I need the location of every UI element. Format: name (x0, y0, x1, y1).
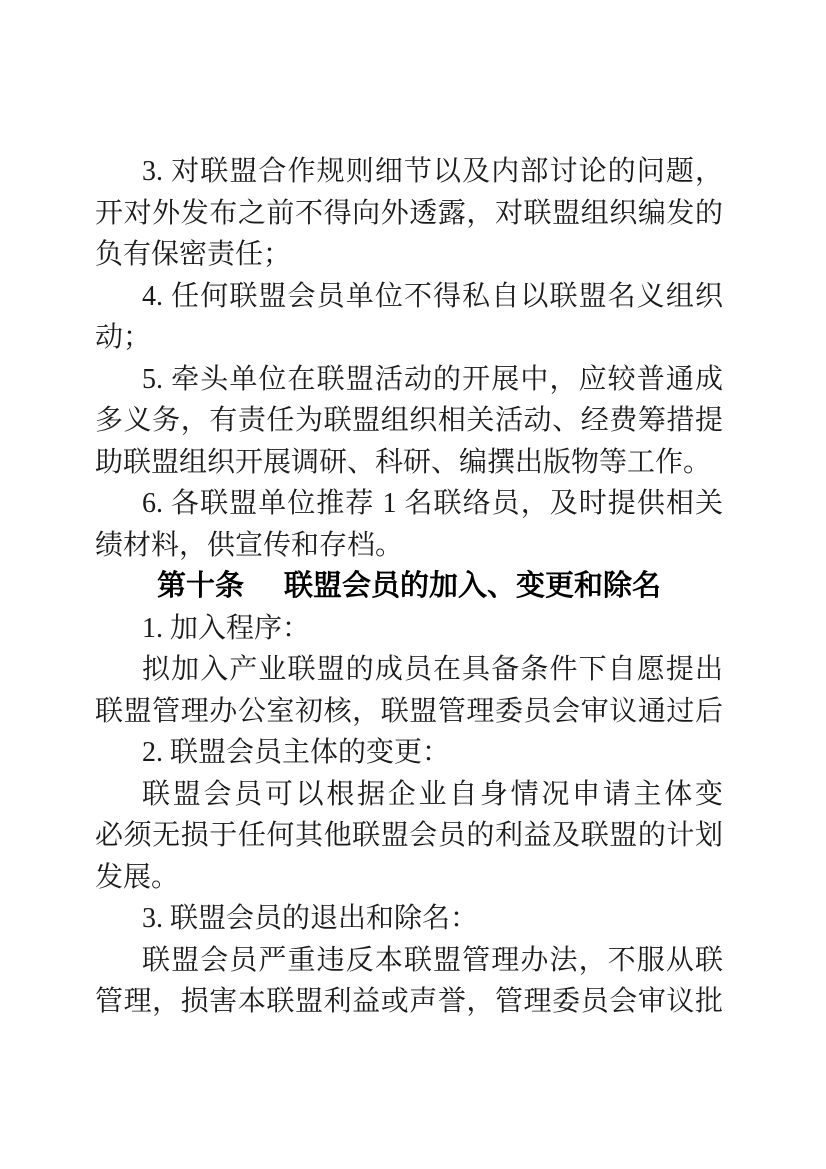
text-line: 联盟会员严重违反本联盟管理办法，不服从联盟管理办公室 (95, 940, 723, 982)
document-body: 3. 对联盟合作规则细节以及内部讨论的问题，在尚未正式公开对外发布之前不得向外透… (95, 151, 723, 1023)
text-line: 5. 牵头单位在联盟活动的开展中，应较普通成员单位承担更 (95, 359, 723, 401)
text-line: 助联盟组织开展调研、科研、编撰出版物等工作。 (95, 442, 723, 484)
text-line: 动； (95, 317, 723, 359)
text-line: 1. 加入程序： (95, 608, 723, 650)
paragraph: 5. 牵头单位在联盟活动的开展中，应较普通成员单位承担更多义务，有责任为联盟组织… (95, 359, 723, 484)
paragraph: 6. 各联盟单位推荐 1 名联络员，及时提供相关行业信息及业绩材料，供宣传和存档… (95, 483, 723, 566)
paragraph: 1. 加入程序： (95, 608, 723, 650)
text-line: 联盟会员可以根据企业自身情况申请主体变更，但此种变更 (95, 774, 723, 816)
text-line: 多义务，有责任为联盟组织相关活动、经费筹措提供支持，并协 (95, 400, 723, 442)
text-line: 开对外发布之前不得向外透露，对联盟组织编发的有关信息资料 (95, 193, 723, 235)
paragraph: 联盟会员严重违反本联盟管理办法，不服从联盟管理办公室管理，损害本联盟利益或声誉，… (95, 940, 723, 1023)
text-line: 联盟管理办公室初核，联盟管理委员会审议通过后批准加入。 (95, 691, 723, 733)
paragraph: 联盟会员可以根据企业自身情况申请主体变更，但此种变更必须无损于任何其他联盟会员的… (95, 774, 723, 899)
text-line: 3. 联盟会员的退出和除名： (95, 898, 723, 940)
text-line: 管理，损害本联盟利益或声誉，管理委员会审议批准予以相应的 (95, 981, 723, 1023)
paragraph: 拟加入产业联盟的成员在具备条件下自愿提出申请，经产业联盟管理办公室初核，联盟管理… (95, 649, 723, 732)
section-heading: 第十条联盟会员的加入、变更和除名 (95, 566, 723, 608)
text-line: 3. 对联盟合作规则细节以及内部讨论的问题，在尚未正式公 (95, 151, 723, 193)
paragraph: 2. 联盟会员主体的变更： (95, 732, 723, 774)
text-line: 2. 联盟会员主体的变更： (95, 732, 723, 774)
text-line: 绩材料，供宣传和存档。 (95, 525, 723, 567)
text-line: 拟加入产业联盟的成员在具备条件下自愿提出申请，经产业 (95, 649, 723, 691)
paragraph: 4. 任何联盟会员单位不得私自以联盟名义组织联盟外的活动； (95, 276, 723, 359)
paragraph: 3. 对联盟合作规则细节以及内部讨论的问题，在尚未正式公开对外发布之前不得向外透… (95, 151, 723, 276)
text-line: 必须无损于任何其他联盟会员的利益及联盟的计划实施和持续 (95, 815, 723, 857)
text-line: 4. 任何联盟会员单位不得私自以联盟名义组织联盟外的活 (95, 276, 723, 318)
paragraph: 3. 联盟会员的退出和除名： (95, 898, 723, 940)
text-line: 发展。 (95, 857, 723, 899)
text-line: 负有保密责任； (95, 234, 723, 276)
heading-title: 联盟会员的加入、变更和除名 (284, 566, 661, 608)
text-line: 6. 各联盟单位推荐 1 名联络员，及时提供相关行业信息及业 (95, 483, 723, 525)
heading-number: 第十条 (157, 566, 244, 608)
